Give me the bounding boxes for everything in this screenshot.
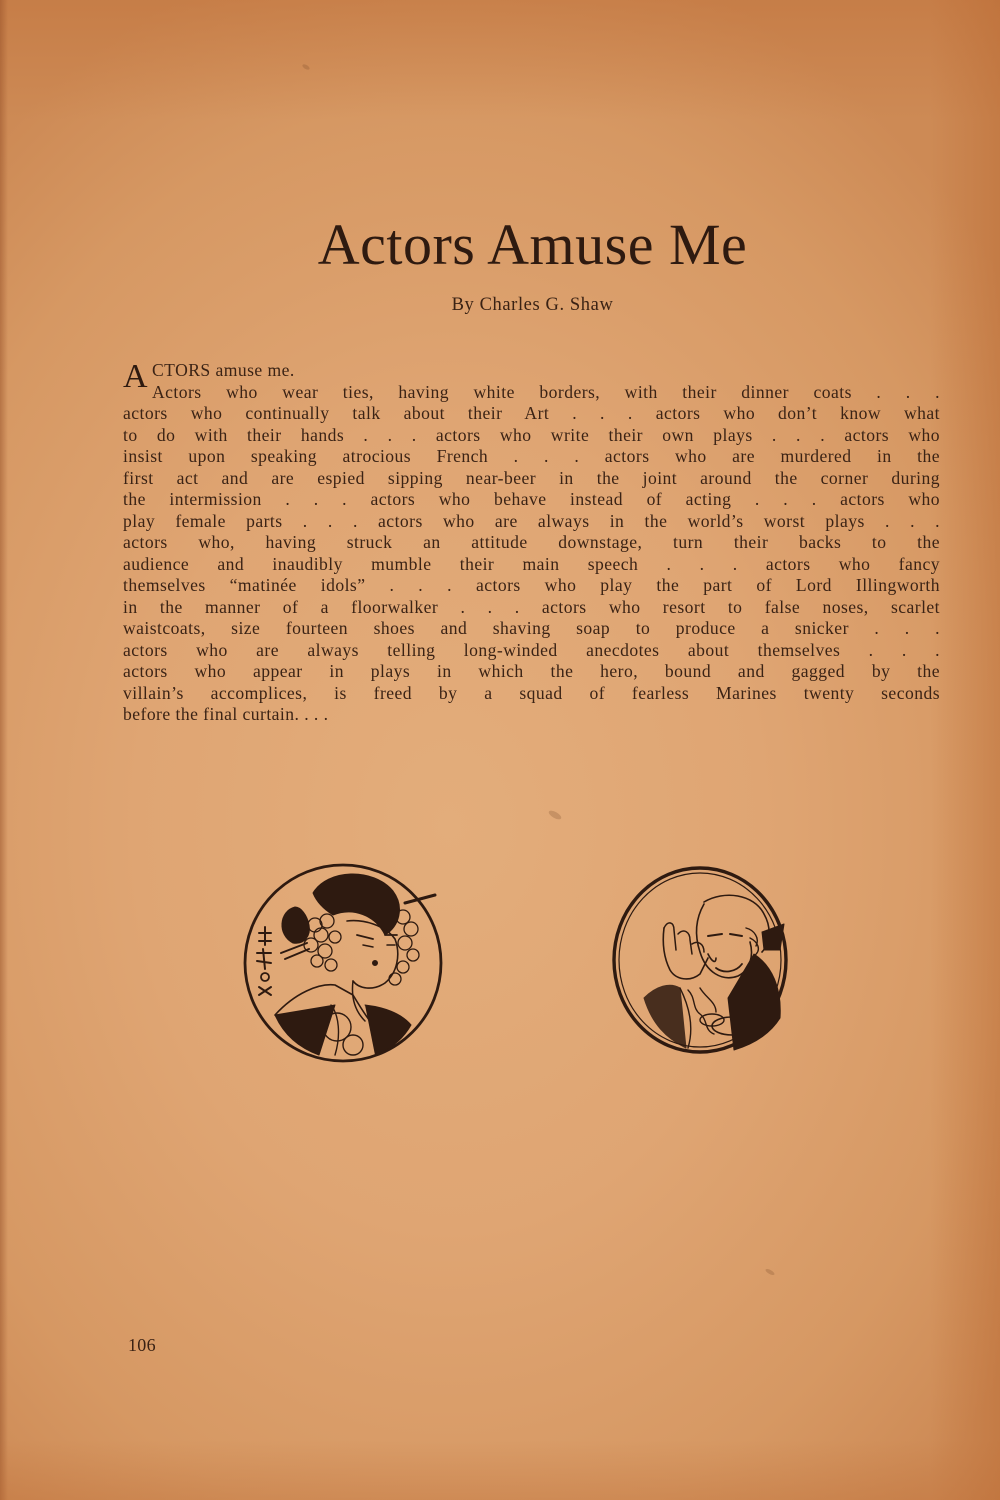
article-line: waistcoats, size fourteen shoes and shav… bbox=[123, 618, 940, 640]
geisha-portrait-illustration bbox=[235, 855, 455, 1070]
article-line: play female parts . . . actors who are a… bbox=[123, 511, 940, 533]
article-line: to do with their hands . . . actors who … bbox=[123, 425, 940, 447]
article-line: first act and are espied sipping near-be… bbox=[123, 468, 940, 490]
article-line: ACTORS amuse me. bbox=[123, 360, 940, 382]
article-line: actors who, having struck an attitude do… bbox=[123, 532, 940, 554]
article-line: themselves “matinée idols” . . . actors … bbox=[123, 575, 940, 597]
article-line: audience and inaudibly mumble their main… bbox=[123, 554, 940, 576]
drop-cap: A bbox=[123, 362, 148, 392]
article-line: before the final curtain. . . . bbox=[123, 704, 940, 726]
article-title: Actors Amuse Me bbox=[0, 210, 1000, 280]
article-line: villain’s accomplices, is freed by a squ… bbox=[123, 683, 940, 705]
article-line: in the manner of a floorwalker . . . act… bbox=[123, 597, 940, 619]
article-line-text: CTORS amuse me. bbox=[152, 360, 295, 380]
gentleman-snuff-portrait-illustration bbox=[604, 858, 789, 1058]
article-line: actors who appear in plays in which the … bbox=[123, 661, 940, 683]
article-line: Actors who wear ties, having white borde… bbox=[123, 382, 940, 404]
article-line: insist upon speaking atrocious French . … bbox=[123, 446, 940, 468]
paper-edge-shading-top bbox=[0, 0, 1000, 120]
article-line: actors who continually talk about their … bbox=[123, 403, 940, 425]
paper-blemish bbox=[302, 63, 311, 70]
article-line: actors who are always telling long-winde… bbox=[123, 640, 940, 662]
article-body: ACTORS amuse me. Actors who wear ties, h… bbox=[123, 360, 940, 726]
article-byline: By Charles G. Shaw bbox=[0, 293, 1000, 317]
paper-blemish bbox=[547, 809, 562, 821]
paper-blemish bbox=[765, 1268, 776, 1276]
paper-edge-shading-bottom bbox=[0, 1440, 1000, 1500]
article-line: the intermission . . . actors who behave… bbox=[123, 489, 940, 511]
page-number: 106 bbox=[128, 1335, 156, 1356]
